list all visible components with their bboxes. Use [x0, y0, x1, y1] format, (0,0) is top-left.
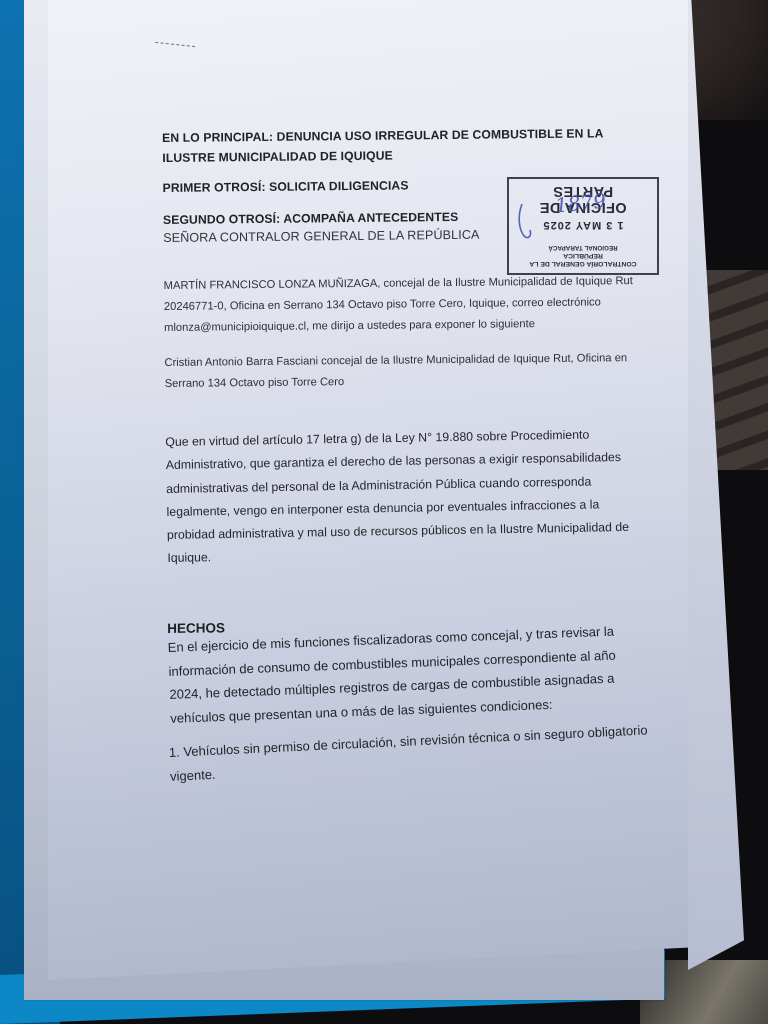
paper-right-edge [688, 0, 744, 970]
stamp-region: REGIONAL TARAPACÁ [513, 243, 653, 251]
heading-principal: EN LO PRINCIPAL: DENUNCIA USO IRREGULAR … [162, 123, 642, 168]
hechos-paragraph: En el ejercicio de mis funciones fiscali… [167, 618, 650, 730]
stamp-date: 1 3 MAY 2025 [513, 219, 653, 231]
list-item: 1. Vehículos sin permiso de circulación,… [168, 719, 650, 790]
second-party-paragraph: Cristian Antonio Barra Fasciani concejal… [164, 348, 644, 395]
intro-paragraph: MARTÍN FRANCISCO LONZA MUÑIZAGA, conceja… [164, 271, 645, 339]
stamp-organization: CONTRALORÍA GENERAL DE LA REPÚBLICA [513, 251, 653, 267]
legal-basis-paragraph: Que en virtud del artículo 17 letra g) d… [165, 423, 647, 571]
